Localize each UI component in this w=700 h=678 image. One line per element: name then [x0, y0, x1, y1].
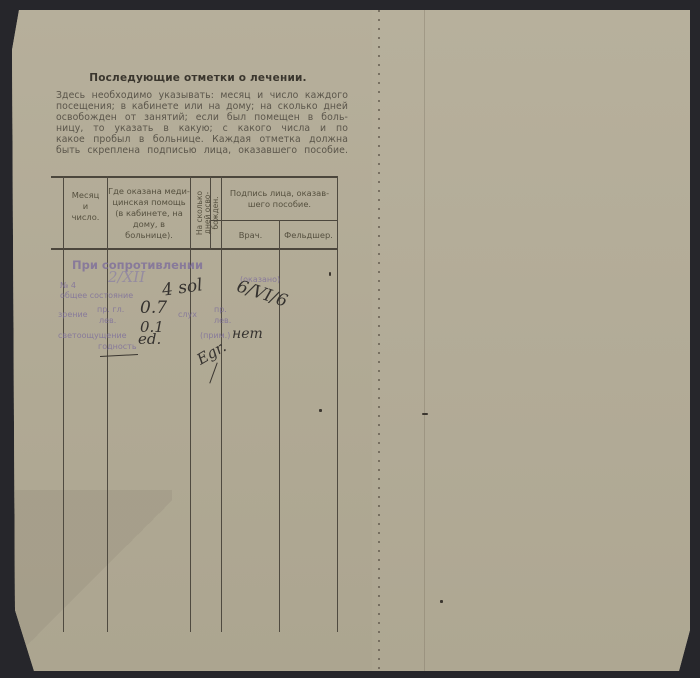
- handwritten-vision-right: 0.7: [140, 298, 167, 318]
- header-text: божден.: [212, 180, 220, 246]
- stamp-line: лев.: [214, 316, 231, 325]
- table-top-rule: [51, 176, 337, 178]
- instruction-line: ницу, то указать в какую; с какого числа…: [56, 123, 348, 134]
- stamp-line: пр. гл.: [97, 305, 124, 314]
- header-text: число.: [64, 212, 107, 223]
- ink-speck: [329, 272, 331, 276]
- header-signature: Подпись лица, оказав- шего пособие.: [222, 188, 337, 210]
- signature-subheader-rule: [210, 220, 337, 221]
- header-text: и: [64, 201, 107, 212]
- instruction-line: посещения; в кабинете или на дому; на ск…: [56, 101, 348, 112]
- column-divider: [221, 176, 222, 632]
- instructions-paragraph: Здесь необходимо указывать: месяц и числ…: [56, 90, 348, 156]
- ink-speck: [319, 409, 322, 412]
- instruction-line: Здесь необходимо указывать: месяц и числ…: [56, 90, 348, 101]
- instruction-line: быть скреплена подписью лица, оказавшего…: [56, 145, 348, 156]
- page-title: Последующие отметки о лечении.: [48, 72, 348, 84]
- stamp-line: слух: [178, 310, 197, 319]
- header-days-released: На сколько дней осво- божден.: [196, 180, 220, 246]
- header-text: Подпись лица, оказав-: [222, 188, 337, 199]
- stamp-line: № 4: [60, 281, 76, 290]
- header-month-day: Месяц и число.: [64, 190, 107, 223]
- header-text: дому, в больнице).: [108, 219, 190, 241]
- column-divider: [107, 176, 108, 632]
- handwritten-note: ed.: [138, 330, 161, 348]
- folded-corner: [12, 490, 172, 671]
- header-text: Где оказана меди-: [108, 186, 190, 197]
- stamp-line: общее состояние: [60, 291, 133, 300]
- column-divider: [190, 176, 191, 632]
- stamp-line: пр.: [214, 305, 227, 314]
- header-text: шего пособие.: [222, 199, 337, 210]
- header-where: Где оказана меди- цинская помощь (в каби…: [108, 186, 190, 241]
- column-divider: [337, 176, 338, 632]
- column-divider: [63, 176, 64, 632]
- right-page-blank: [372, 10, 690, 671]
- handwritten-note: нет: [232, 326, 263, 342]
- header-text: Месяц: [64, 190, 107, 201]
- handwritten-date: 2/XII: [108, 268, 145, 286]
- header-doctor: Врач.: [222, 230, 279, 241]
- instruction-line: какое пробыл в больнице. Каждая отметка …: [56, 134, 348, 145]
- header-text: цинская помощь: [108, 197, 190, 208]
- perforation-line: [378, 10, 380, 671]
- header-text: (в кабинете, на: [108, 208, 190, 219]
- ink-speck: [422, 413, 428, 415]
- stamp-line: светоощущение: [58, 331, 127, 340]
- stamp-line: лев.: [99, 316, 116, 325]
- stamp-line: (прим.): [200, 331, 230, 340]
- ink-speck: [440, 600, 443, 603]
- stamp-line: зрение: [58, 310, 88, 319]
- stamp-line: годность: [98, 342, 137, 351]
- table-header-rule: [51, 248, 337, 250]
- fold-crease: [424, 10, 425, 671]
- header-feldsher: Фельдшер.: [280, 230, 337, 241]
- instruction-line: освобожден от занятий; если был помещен …: [56, 112, 348, 123]
